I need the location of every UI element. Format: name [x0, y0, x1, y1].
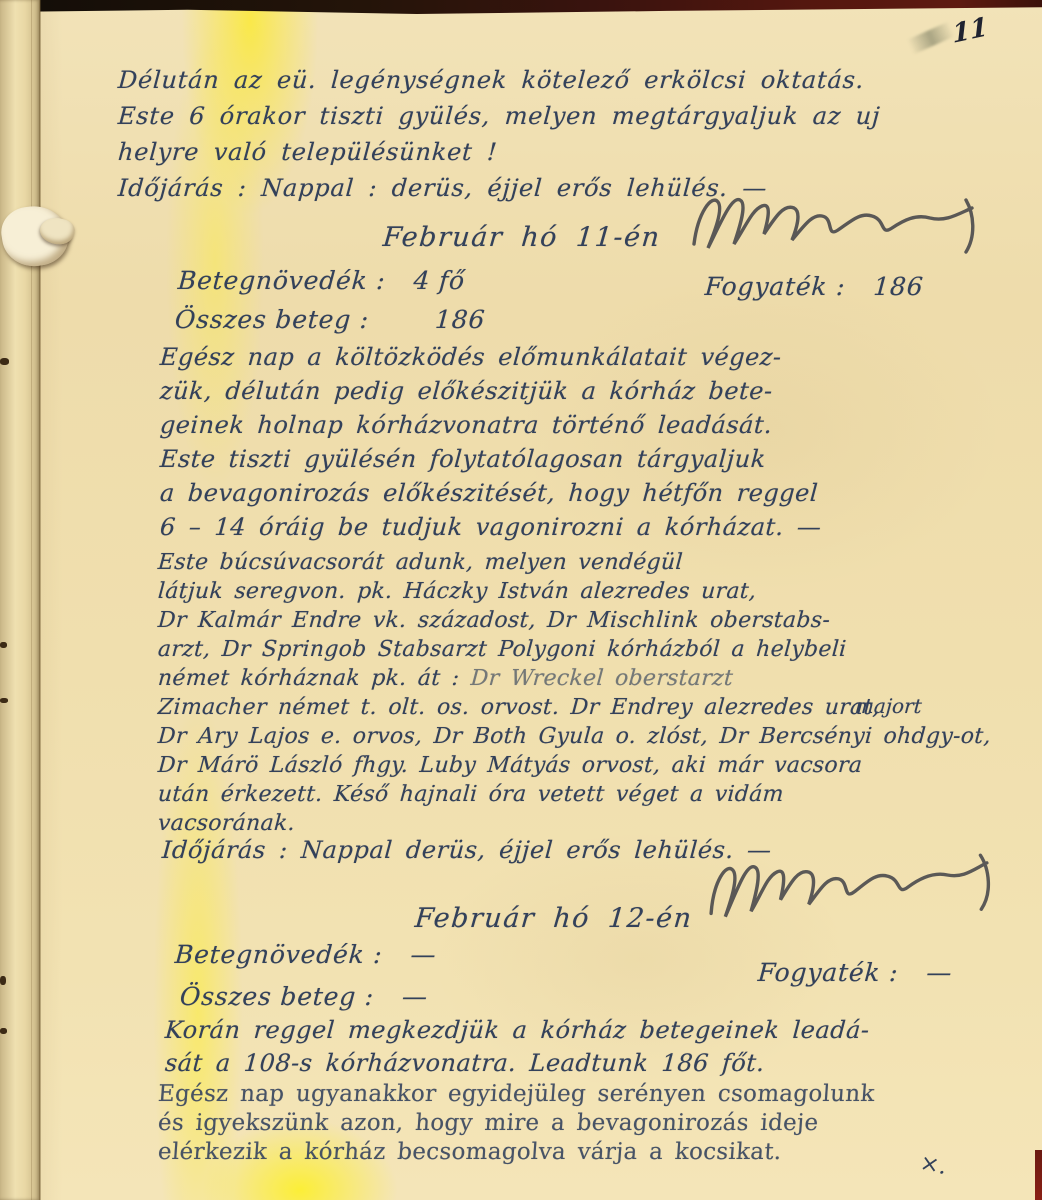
ink-speck [0, 698, 8, 703]
ink-speck [0, 1028, 7, 1034]
entry-feb12-heading: Február hó 12-én [414, 903, 694, 934]
handwritten-line: vacsorának. [157, 809, 992, 838]
stat-label: Fogyaték : [704, 272, 846, 301]
handwritten-line: 6 – 14 óráig be tudjuk vagonirozni a kór… [159, 510, 823, 544]
pencil-smudge [907, 21, 956, 54]
handwritten-line: Este 6 órakor tiszti gyülés, melyen megt… [117, 98, 882, 134]
handwritten-line: után érkezett. Késő hajnali óra vetett v… [157, 780, 992, 809]
binding-crease [39, 0, 41, 1200]
handwritten-line: Egész nap a költözködés előmunkálatait v… [159, 340, 823, 374]
book-cover-edge [1035, 1150, 1042, 1200]
entry-feb11-paragraphs: Egész nap a költözködés előmunkálatait v… [160, 340, 822, 544]
entry-feb12-paragraph-1: Korán reggel megkezdjük a kórház betegei… [165, 1014, 870, 1080]
stat-label: Betegnövedék : [174, 940, 384, 969]
faded-name: Dr Wreckel oberstarzt [470, 666, 734, 691]
handwritten-line: látjuk seregvon. pk. Háczky István alezr… [157, 577, 992, 606]
handwritten-line: Dr Kalmár Endre vk. századost, Dr Mischl… [157, 606, 992, 635]
diary-page: 11 Délután az eü. legénységnek kötelező … [0, 0, 1042, 1200]
handwritten-line: elérkezik a kórház becsomagolva várja a … [157, 1138, 876, 1167]
binding-crease-secondary [31, 0, 32, 1200]
stat-value: — [925, 958, 953, 987]
stat-osszes-beteg-feb11: Összes beteg :186 [174, 305, 486, 334]
page-binding-edge [0, 0, 40, 1200]
ink-speck [0, 358, 9, 365]
stat-label: Fogyaték : [757, 958, 899, 987]
stat-label: Betegnövedék : [177, 266, 387, 295]
stat-betegnovedek-feb11: Betegnövedék :4 fő [177, 266, 466, 295]
stat-value: 186 [872, 272, 924, 301]
stat-label: Összes beteg : [174, 305, 370, 334]
handwritten-line: Egész nap ugyanakkor egyidejüleg serénye… [157, 1080, 876, 1109]
handwritten-line: Dr Ary Lajos e. orvos, Dr Both Gyula o. … [157, 722, 992, 751]
stat-label: Összes beteg : [179, 982, 375, 1011]
stat-fogyatek-feb11: Fogyaték :186 [704, 272, 925, 301]
stat-value: 186 [434, 305, 486, 334]
entry-previous-day: Délután az eü. legénységnek kötelező erk… [118, 62, 880, 206]
handwritten-line: Este búcsúvacsorát adunk, melyen vendégü… [157, 548, 992, 577]
handwritten-line: geinek holnap kórházvonatra történő lead… [159, 408, 823, 442]
handwritten-line: Időjárás : Nappal derüs, éjjel erős lehü… [161, 836, 773, 864]
inserted-word-majort: majort [855, 694, 922, 718]
stat-value: 4 fő [413, 266, 466, 295]
book-top-edge [0, 0, 1042, 14]
handwritten-line: a bevagonirozás előkészitését, hogy hétf… [159, 476, 823, 510]
handwritten-line: Korán reggel megkezdjük a kórház betegei… [164, 1014, 871, 1047]
signature-scrawl [700, 838, 1004, 939]
entry-feb11-weather: Időjárás : Nappal derüs, éjjel erős lehü… [162, 836, 772, 864]
handwritten-line-with-insertion: német kórháznak pk. át : Dr Wreckel ober… [157, 664, 992, 693]
handwritten-line: Délután az eü. legénységnek kötelező erk… [117, 62, 882, 98]
handwritten-line: helyre való településünket ! [117, 134, 882, 170]
entry-feb11-dinner-paragraph: Este búcsúvacsorát adunk, melyen vendégü… [158, 548, 991, 838]
handwritten-line: zük, délután pedig előkészitjük a kórház… [159, 374, 823, 408]
entry-feb12-paragraph-2: Egész nap ugyanakkor egyidejüleg serénye… [158, 1080, 875, 1167]
handwritten-line: Dr Márö László fhgy. Luby Mátyás orvost,… [157, 751, 992, 780]
ink-speck [0, 642, 7, 648]
stat-value: — [401, 982, 429, 1011]
signature-scrawl [688, 186, 988, 266]
handwritten-line: Este tiszti gyülésén folytatólagosan tár… [159, 442, 823, 476]
handwritten-line: és igyekszünk azon, hogy mire a bevagoni… [157, 1109, 876, 1138]
handwritten-line: majort [854, 694, 922, 718]
handwritten-line: sát a 108-s kórházvonatra. Leadtunk 186 … [164, 1047, 871, 1080]
stat-osszes-beteg-feb12: Összes beteg :— [179, 982, 429, 1011]
stat-value: — [410, 940, 438, 969]
stat-betegnovedek-feb12: Betegnövedék :— [174, 940, 437, 969]
ink-speck [0, 976, 6, 985]
entry-feb11-heading: Február hó 11-én [382, 222, 662, 253]
page-number: 11 [951, 12, 989, 50]
ink-check-mark: ×. [918, 1150, 949, 1180]
stat-fogyatek-feb12: Fogyaték :— [757, 958, 953, 987]
handwritten-line: arzt, Dr Springob Stabsarzt Polygoni kór… [157, 635, 992, 664]
line-prefix: német kórháznak pk. át : [157, 666, 460, 691]
